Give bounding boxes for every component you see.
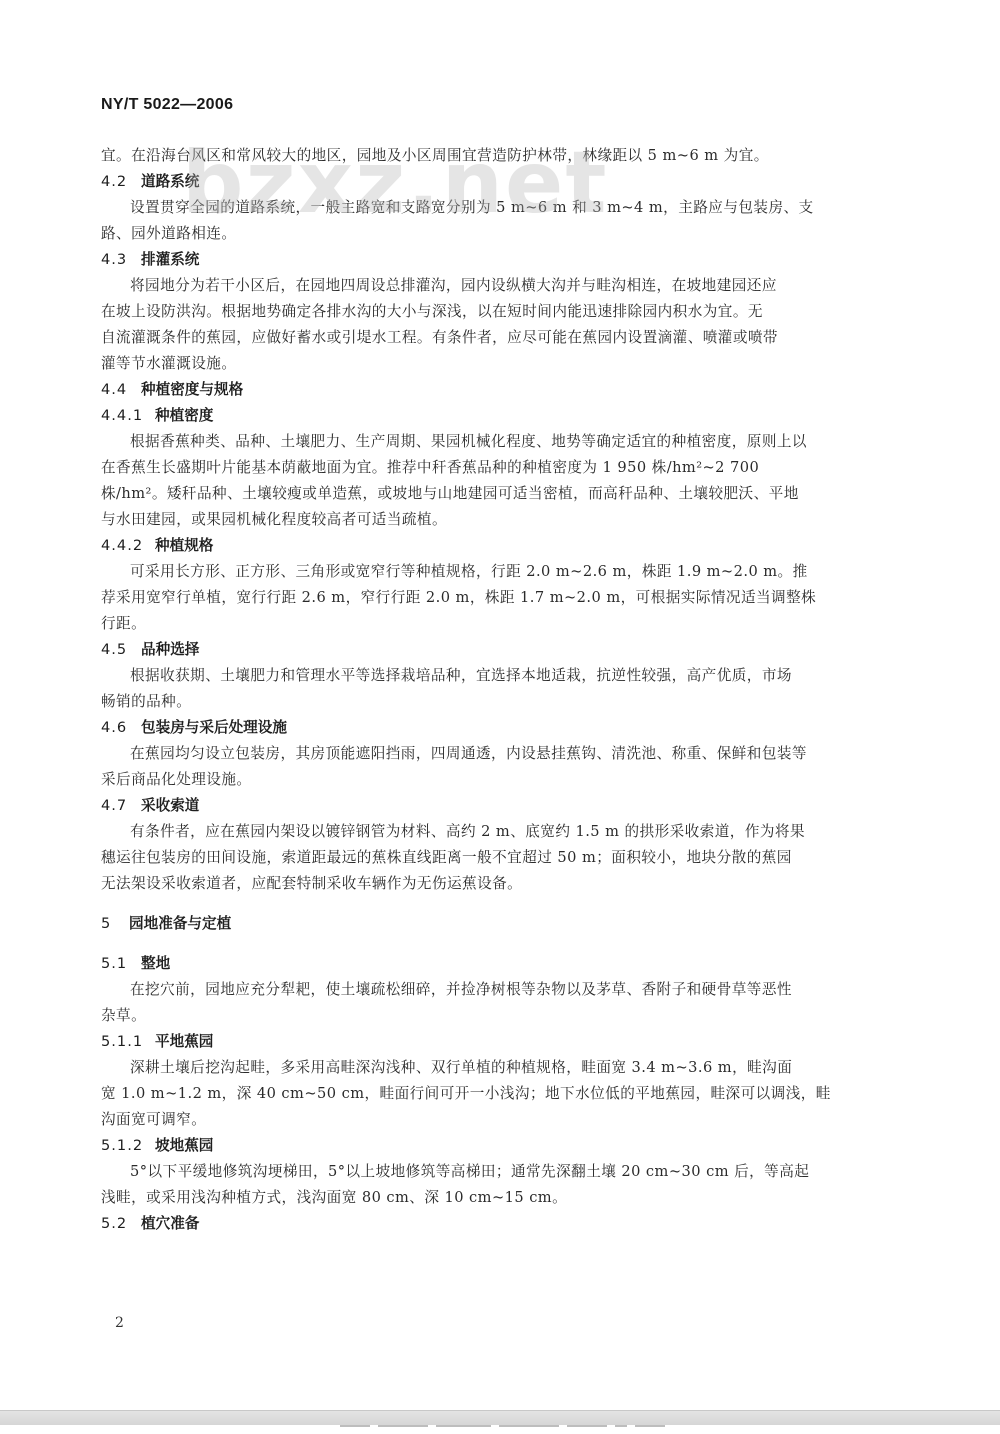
section-heading-5-2: 5.2植穴准备 [101,1211,891,1237]
chapter-number: 5 [101,911,129,937]
paragraph-line: 5°以下平缓地修筑沟埂梯田，5°以上坡地修筑等高梯田；通常先深翻土壤 20 cm… [101,1159,891,1185]
section-title: 植穴准备 [141,1215,199,1232]
section-title: 坡地蕉园 [155,1137,213,1154]
section-number: 4.4.2 [101,533,155,559]
section-number: 4.3 [101,247,141,273]
section-heading-4-4: 4.4种植密度与规格 [101,377,891,403]
section-title: 整地 [141,955,170,972]
horizontal-scrollbar[interactable] [340,1425,760,1428]
section-number: 4.5 [101,637,141,663]
section-title: 种植密度 [155,407,213,424]
section-title: 种植规格 [155,537,213,554]
section-number: 4.7 [101,793,141,819]
paragraph-line: 灌等节水灌溉设施。 [101,351,891,377]
section-title: 排灌系统 [141,251,199,268]
section-number: 4.4 [101,377,141,403]
section-title: 种植密度与规格 [141,381,243,398]
paragraph-line: 在香蕉生长盛期叶片能基本荫蔽地面为宜。推荐中秆香蕉品种的种植密度为 1 950 … [101,455,891,481]
paragraph-line: 路、园外道路相连。 [101,221,891,247]
paragraph-line: 将园地分为若干小区后，在园地四周设总排灌沟，园内设纵横大沟并与畦沟相连，在坡地建… [101,273,891,299]
section-heading-5-1-1: 5.1.1平地蕉园 [101,1029,891,1055]
section-number: 5.2 [101,1211,141,1237]
section-heading-4-2: 4.2道路系统 [101,169,891,195]
chapter-heading-5: 5园地准备与定植 [101,911,891,937]
section-title: 采收索道 [141,797,199,814]
section-number: 4.4.1 [101,403,155,429]
paragraph-line: 根据收获期、土壤肥力和管理水平等选择栽培品种，宜选择本地适栽，抗逆性较强，高产优… [101,663,891,689]
section-number: 4.2 [101,169,141,195]
paragraph-line: 杂草。 [101,1003,891,1029]
paragraph-line: 株/hm²。矮秆品种、土壤较瘦或单造蕉，或坡地与山地建园可适当密植，而高秆品种、… [101,481,891,507]
paragraph-line: 深耕土壤后挖沟起畦，多采用高畦深沟浅种、双行单植的种植规格，畦面宽 3.4 m~… [101,1055,891,1081]
section-heading-5-1: 5.1整地 [101,951,891,977]
spacer [101,937,891,951]
section-heading-4-4-2: 4.4.2种植规格 [101,533,891,559]
section-heading-4-5: 4.5品种选择 [101,637,891,663]
standard-code: NY/T 5022—2006 [101,96,233,114]
section-number: 5.1 [101,951,141,977]
paragraph-line: 根据香蕉种类、品种、土壤肥力、生产周期、果园机械化程度、地势等确定适宜的种植密度… [101,429,891,455]
chapter-title: 园地准备与定植 [129,915,231,932]
document-page: NY/T 5022—2006 bzxz.net 宜。在沿海台风区和常风较大的地区… [0,0,1000,1400]
paragraph-line: 设置贯穿全园的道路系统，一般主路宽和支路宽分别为 5 m~6 m 和 3 m~4… [101,195,891,221]
paragraph-line: 在挖穴前，园地应充分犁耙，使土壤疏松细碎，并捡净树根等杂物以及茅草、香附子和硬骨… [101,977,891,1003]
section-heading-4-7: 4.7采收索道 [101,793,891,819]
paragraph-line: 可采用长方形、正方形、三角形或宽窄行等种植规格，行距 2.0 m~2.6 m，株… [101,559,891,585]
section-number: 4.6 [101,715,141,741]
paragraph-line: 行距。 [101,611,891,637]
paragraph-line: 有条件者，应在蕉园内架设以镀锌钢管为材料、高约 2 m、底宽约 1.5 m 的拱… [101,819,891,845]
section-title: 平地蕉园 [155,1033,213,1050]
section-title: 道路系统 [141,173,199,190]
section-title: 包装房与采后处理设施 [141,719,287,736]
section-heading-4-6: 4.6包装房与采后处理设施 [101,715,891,741]
paragraph-line: 采后商品化处理设施。 [101,767,891,793]
section-title: 品种选择 [141,641,199,658]
viewer-bottom-bar [0,1410,1000,1425]
section-heading-4-3: 4.3排灌系统 [101,247,891,273]
paragraph-line: 宽 1.0 m~1.2 m，深 40 cm~50 cm，畦面行间可开一小浅沟；地… [101,1081,891,1107]
paragraph-line: 浅畦，或采用浅沟种植方式，浅沟面宽 80 cm、深 10 cm~15 cm。 [101,1185,891,1211]
spacer [101,897,891,911]
paragraph-line: 与水田建园，或果园机械化程度较高者可适当疏植。 [101,507,891,533]
paragraph-line: 荐采用宽窄行单植，宽行行距 2.6 m，窄行行距 2.0 m，株距 1.7 m~… [101,585,891,611]
page-number: 2 [115,1315,124,1331]
paragraph-line: 在坡上设防洪沟。根据地势确定各排水沟的大小与深浅，以在短时间内能迅速排除园内积水… [101,299,891,325]
section-heading-5-1-2: 5.1.2坡地蕉园 [101,1133,891,1159]
section-number: 5.1.2 [101,1133,155,1159]
paragraph-line: 自流灌溉条件的蕉园，应做好蓄水或引堤水工程。有条件者，应尽可能在蕉园内设置滴灌、… [101,325,891,351]
paragraph-line: 宜。在沿海台风区和常风较大的地区，园地及小区周围宜营造防护林带，林缘距以 5 m… [101,143,891,169]
paragraph-line: 无法架设采收索道者，应配套特制采收车辆作为无伤运蕉设备。 [101,871,891,897]
paragraph-line: 穗运往包装房的田间设施，索道距最远的蕉株直线距离一般不宜超过 50 m；面积较小… [101,845,891,871]
paragraph-line: 在蕉园均匀设立包装房，其房顶能遮阳挡雨，四周通透，内设悬挂蕉钩、清洗池、称重、保… [101,741,891,767]
section-number: 5.1.1 [101,1029,155,1055]
paragraph-line: 沟面宽可调窄。 [101,1107,891,1133]
section-heading-4-4-1: 4.4.1种植密度 [101,403,891,429]
document-body: 宜。在沿海台风区和常风较大的地区，园地及小区周围宜营造防护林带，林缘距以 5 m… [101,143,891,1237]
paragraph-line: 畅销的品种。 [101,689,891,715]
